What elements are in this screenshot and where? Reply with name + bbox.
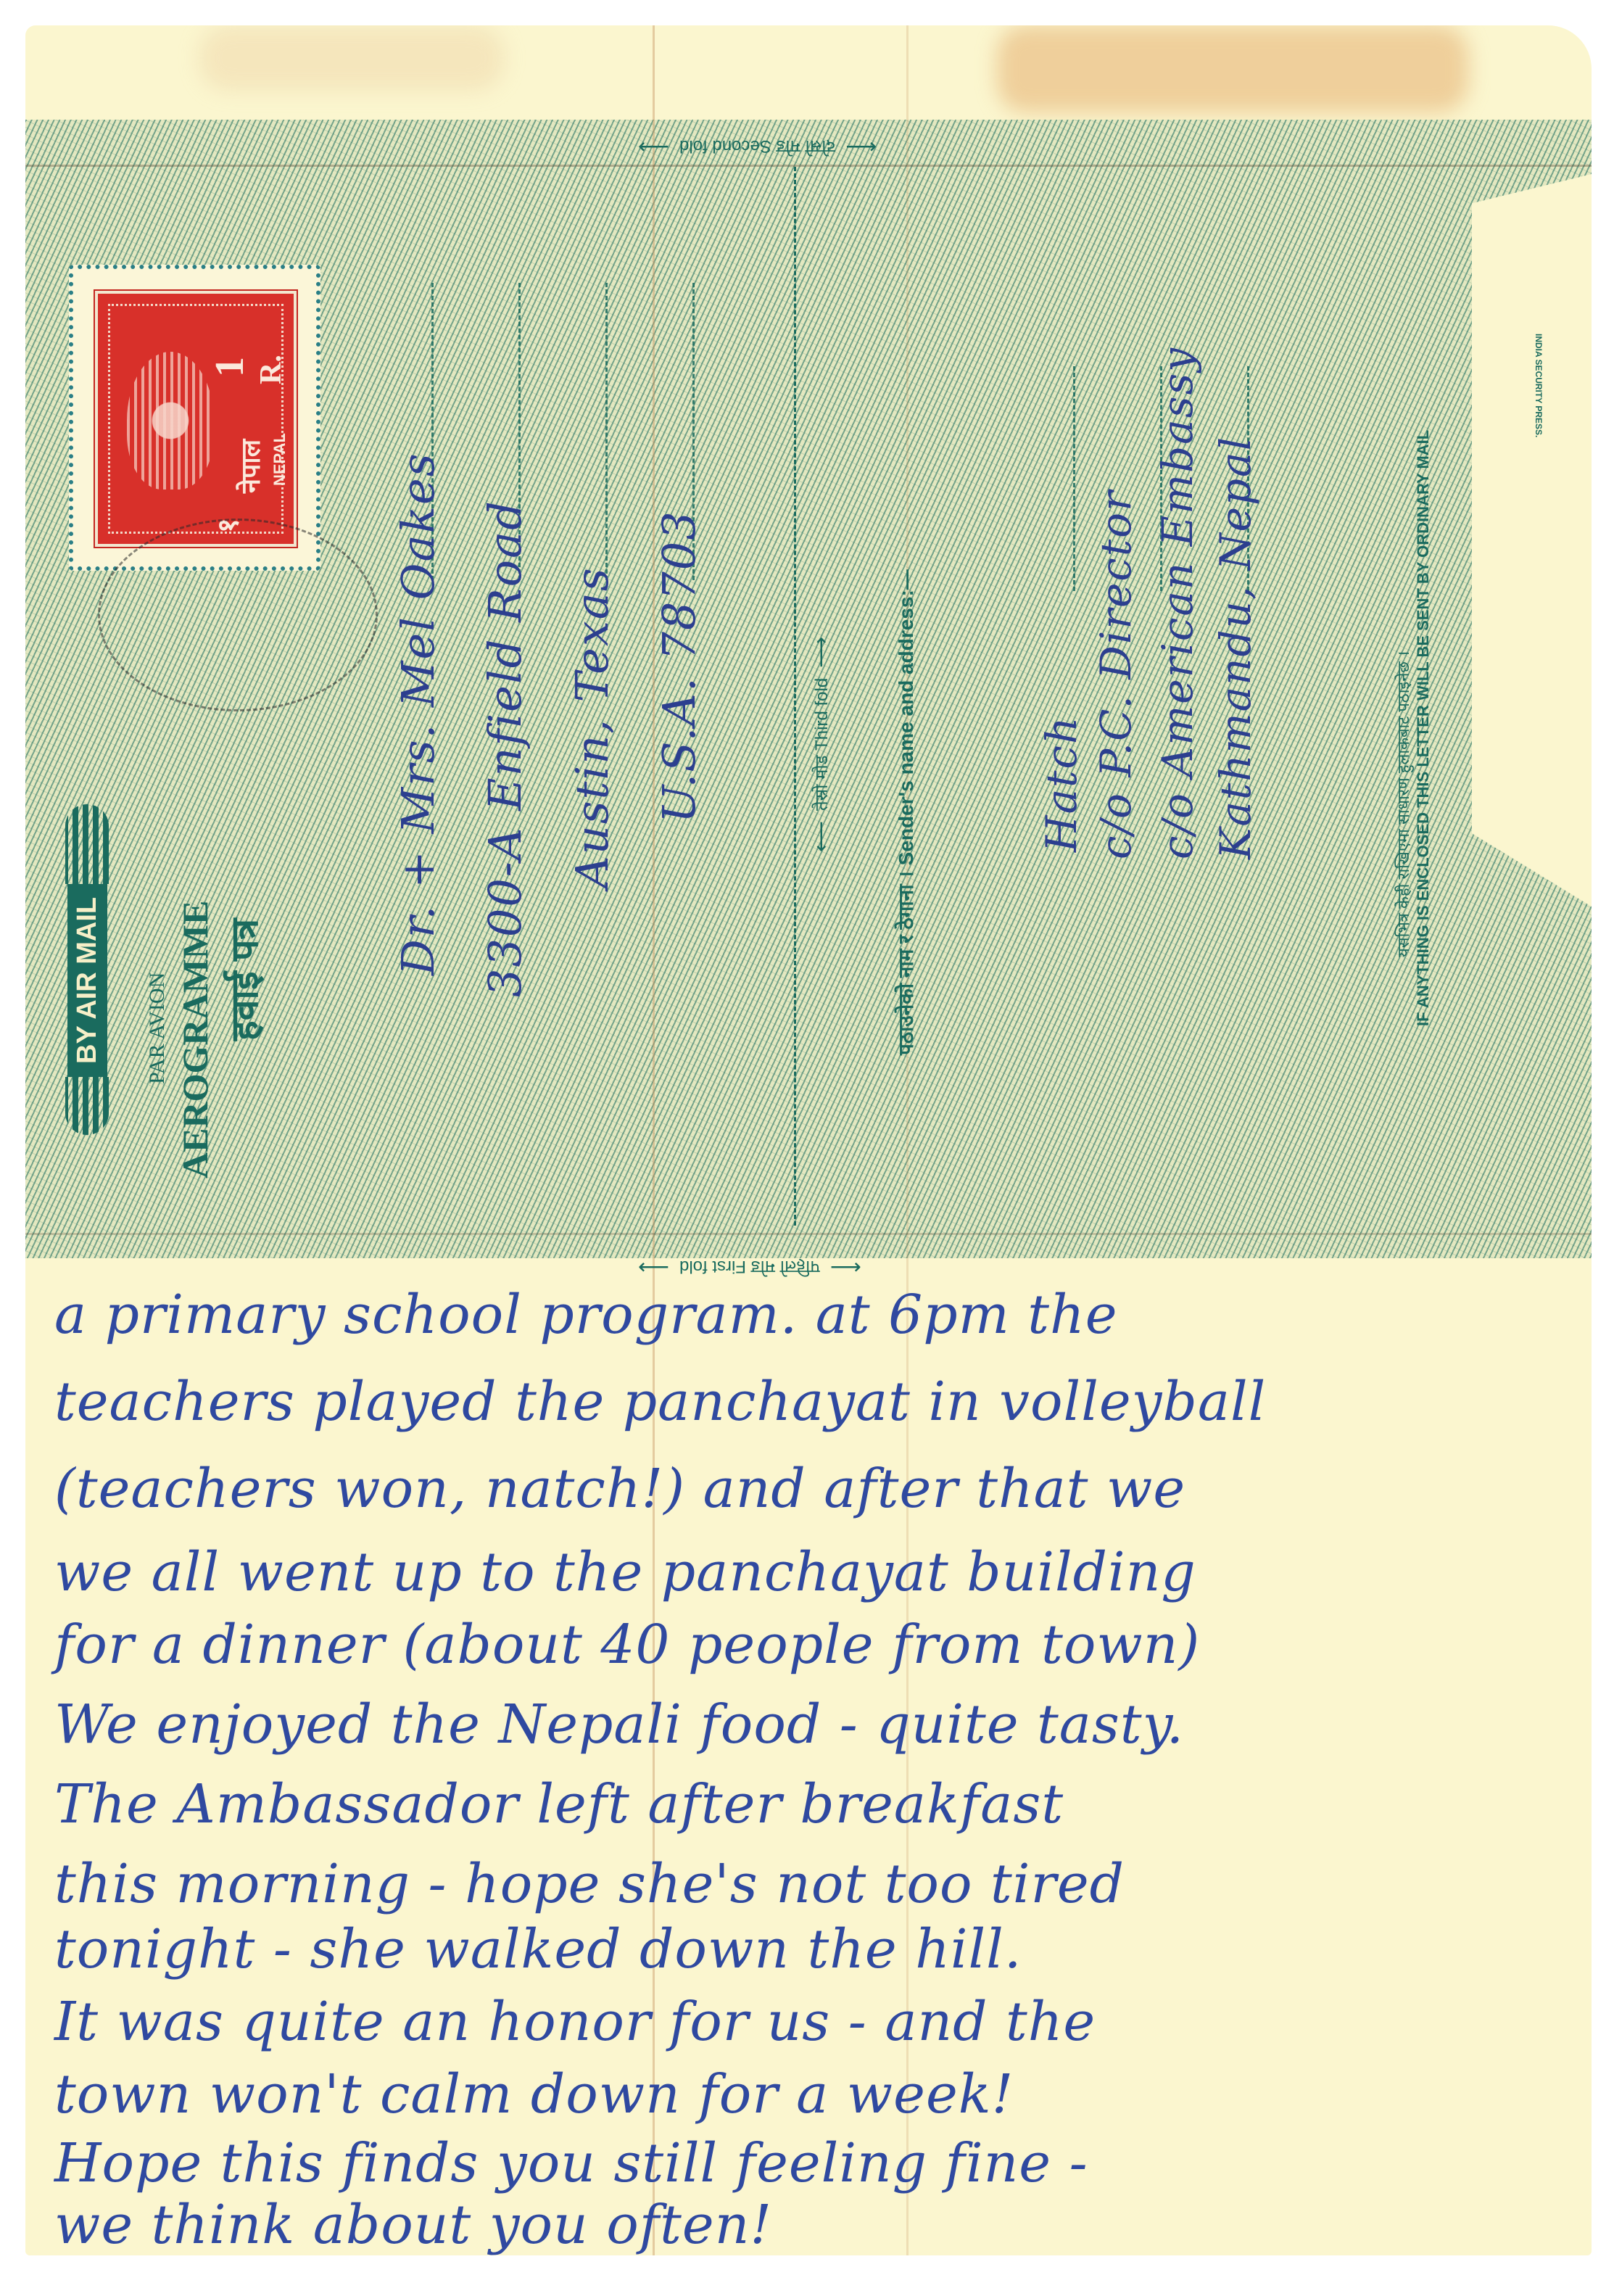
age-stain: [199, 25, 504, 91]
sender-line-4: Kathmandu, Nepal: [1211, 436, 1260, 859]
third-fold-line: [794, 167, 796, 1226]
par-avion-text: PAR AVION: [145, 973, 170, 1084]
recipient-line-1: Dr. + Mrs. Mel Oakes: [392, 452, 444, 975]
first-fold-label: ⟵ पहिलो मोड First fold ⟶: [638, 1255, 861, 1280]
aerogramme-sheet: ⟵ दोस्रो मोड Second fold ⟶ ⟵ तेस्रो मोड …: [25, 25, 1592, 2255]
airmail-logo: BY AIR MAIL: [65, 804, 109, 1135]
letter-line: for a dinner (about 40 people from town): [54, 1614, 1200, 1676]
letter-line: teachers played the panchayat in volleyb…: [54, 1371, 1266, 1433]
warning-nepali: यसभित्र केही राखिएमा साधारण हुलाकबाट पठा…: [1392, 651, 1414, 957]
third-fold-label: ⟵ तेस्रो मोड Third fold ⟶: [808, 637, 834, 852]
printer-imprint: INDIA SECURITY PRESS.: [1534, 334, 1544, 437]
letter-closing: Love, Nancy + Doug: [663, 2248, 1162, 2255]
right-flap: [1472, 174, 1592, 907]
second-fold-label: ⟵ दोस्रो मोड Second fold ⟶: [638, 134, 877, 160]
letter-line: The Ambassador left after breakfast: [54, 1773, 1064, 1835]
address-guide-line: [1073, 366, 1075, 591]
arrow-right-icon: ⟶: [808, 637, 834, 668]
letter-line: we think about you often!: [54, 2194, 772, 2255]
stamp-nepali-name: नेपाल: [232, 439, 268, 493]
recipient-line-4: U.S.A. 78703: [653, 510, 705, 823]
arrow-left-icon: ⟵: [830, 1255, 861, 1280]
wing-right-icon: [65, 804, 109, 884]
stamp-country: NEPAL: [270, 433, 289, 486]
address-guide-line: [605, 283, 608, 580]
stamp-red: 1 R. नेपाल NEPAL १: [95, 291, 297, 547]
letter-line: tonight - she walked down the hill.: [54, 1918, 1022, 1981]
letter-line: a primary school program. at 6pm the: [54, 1284, 1118, 1346]
fold-crease: [25, 165, 1592, 167]
sender-label: पठाउनेको नाम र ठेगाना । Sender's name an…: [892, 569, 919, 1055]
stamp-value: 1: [207, 357, 253, 377]
recipient-line-3: Austin, Texas: [566, 566, 618, 888]
age-stain: [997, 25, 1468, 112]
arrow-left-icon: ⟵: [808, 821, 834, 852]
stamp-unit: R.: [254, 355, 289, 384]
aerogramme-nepali-title: हवाई पत्र: [218, 919, 269, 1041]
arrow-right-icon: ⟶: [638, 134, 669, 160]
arrow-right-icon: ⟶: [638, 1255, 669, 1280]
letter-line: town won't calm down for a week!: [54, 2063, 1014, 2126]
letter-line: we all went up to the panchayat building: [54, 1541, 1196, 1603]
garuda-winged-figure-icon: [127, 352, 214, 490]
letter-line: It was quite an honor for us - and the: [54, 1991, 1096, 2053]
by-air-mail-badge: BY AIR MAIL: [67, 884, 107, 1077]
letter-line: We enjoyed the Nepali food - quite tasty…: [54, 1693, 1184, 1756]
letter-line: this morning - hope she's not too tired: [54, 1853, 1125, 1915]
sender-line-3: c/o American Embassy: [1153, 347, 1202, 859]
wing-left-icon: [65, 1077, 109, 1135]
recipient-line-2: 3300-A Enfield Road: [479, 500, 531, 997]
sender-line-1: Hatch: [1037, 716, 1086, 852]
letter-line: (teachers won, natch!) and after that we: [54, 1458, 1185, 1520]
letter-line: Hope this finds you still feeling fine -: [54, 2132, 1088, 2194]
sender-line-2: c/o P.C. Director: [1091, 490, 1141, 859]
fold-crease: [25, 1233, 1592, 1235]
warning-english: IF ANYTHING IS ENCLOSED THIS LETTER WILL…: [1414, 430, 1433, 1026]
aerogramme-title: AEROGRAMME: [174, 901, 216, 1178]
arrow-left-icon: ⟵: [845, 134, 877, 160]
postmark-cancel: [98, 519, 378, 711]
